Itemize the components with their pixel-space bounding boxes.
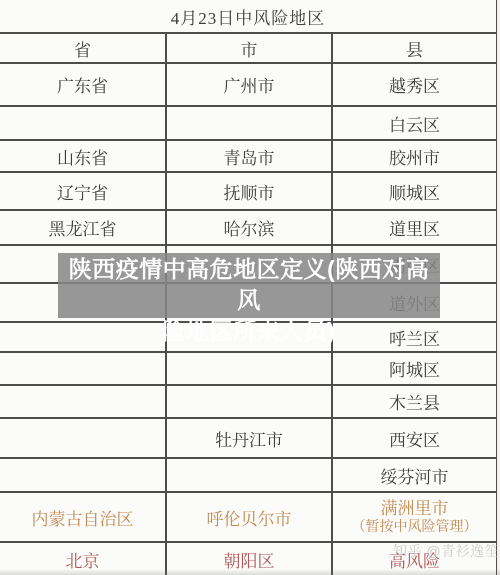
cell-city	[166, 322, 332, 352]
cell-county: 木兰县	[332, 385, 497, 418]
cell-city: 抚顺市	[166, 172, 332, 210]
header-row: 省 市 县	[0, 33, 497, 63]
table-row: 牡丹江市 西安区	[0, 418, 497, 458]
cell-city: 哈尔滨	[166, 210, 332, 245]
cell-city: 广州市	[166, 63, 332, 106]
cell-province	[0, 418, 166, 458]
cell-province: 广东省	[0, 63, 166, 106]
title-row: 4月23日中风险地区	[0, 0, 497, 33]
col-header-province: 省	[0, 33, 166, 63]
cell-county: 高风险	[332, 542, 497, 575]
risk-area-table: 4月23日中风险地区 省 市 县 广东省 广州市 越秀区 白云区 山东省 青岛市…	[0, 0, 498, 575]
cell-county: 呼兰区	[332, 322, 497, 352]
cell-province: 内蒙古自治区	[0, 492, 166, 542]
cell-province	[0, 458, 166, 492]
cell-province	[0, 322, 166, 352]
table-row: 白云区	[0, 106, 497, 140]
cell-province	[0, 352, 166, 385]
table-title: 4月23日中风险地区	[0, 0, 497, 33]
cell-province	[0, 283, 166, 322]
cell-city	[166, 283, 332, 322]
cell-city	[166, 385, 332, 418]
cell-county: 白云区	[332, 106, 497, 140]
table-row: 北京 朝阳区 高风险	[0, 542, 497, 575]
cell-city	[166, 106, 332, 140]
risk-area-table-page: 4月23日中风险地区 省 市 县 广东省 广州市 越秀区 白云区 山东省 青岛市…	[0, 0, 500, 575]
table-row: 黑龙江省 哈尔滨 道里区	[0, 210, 497, 245]
cell-county: 西安区	[332, 418, 497, 458]
cell-city: 青岛市	[166, 140, 332, 172]
cell-county: 绥芬河市	[332, 458, 497, 492]
cell-county: 阿城区	[332, 352, 497, 385]
table-row: 木兰县	[0, 385, 497, 418]
cell-county: 顺城区	[332, 172, 497, 210]
cell-county: 南岗区	[332, 245, 497, 283]
cell-province: 山东省	[0, 140, 166, 172]
cell-province	[0, 245, 166, 283]
table-row: 辽宁省 抚顺市 顺城区	[0, 172, 497, 210]
cell-county: 胶州市	[332, 140, 497, 172]
table-row: 广东省 广州市 越秀区	[0, 63, 497, 106]
cell-city	[166, 352, 332, 385]
cell-city	[166, 245, 332, 283]
county-name: 满洲里市	[333, 498, 496, 519]
cell-city: 呼伦贝尔市	[166, 492, 332, 542]
table-row: 山东省 青岛市 胶州市	[0, 140, 497, 172]
cell-county: 道里区	[332, 210, 497, 245]
cell-city: 朝阳区	[166, 542, 332, 575]
table-row: 绥芬河市	[0, 458, 497, 492]
cell-province	[0, 385, 166, 418]
cell-province: 黑龙江省	[0, 210, 166, 245]
county-note: （暂按中风险管理）	[333, 519, 496, 536]
table-row: 呼兰区	[0, 322, 497, 352]
cell-city: 牡丹江市	[166, 418, 332, 458]
cell-county: 道外区	[332, 283, 497, 322]
cell-province: 北京	[0, 542, 166, 575]
cell-city	[166, 458, 332, 492]
col-header-city: 市	[166, 33, 332, 63]
cell-province: 辽宁省	[0, 172, 166, 210]
table-row: 南岗区	[0, 245, 497, 283]
cell-province	[0, 106, 166, 140]
table-row: 内蒙古自治区 呼伦贝尔市 满洲里市 （暂按中风险管理）	[0, 492, 497, 542]
cell-county: 满洲里市 （暂按中风险管理）	[332, 492, 497, 542]
table-row: 阿城区	[0, 352, 497, 385]
cell-county: 越秀区	[332, 63, 497, 106]
col-header-county: 县	[332, 33, 497, 63]
table-row: 道外区	[0, 283, 497, 322]
